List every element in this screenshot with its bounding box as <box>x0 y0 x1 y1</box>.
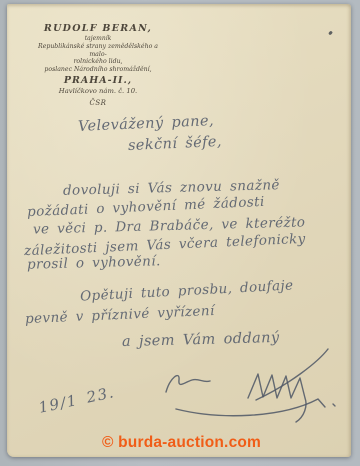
letterhead-org-line1: Republikánské strany zemědělského a malo… <box>29 43 167 58</box>
letterhead-role: tajemník <box>29 35 167 43</box>
photo-backdrop: RUDOLF BERAN, tajemník Republikánské str… <box>0 0 360 466</box>
watermark: © burda-auction.com <box>102 434 261 452</box>
letterhead-city: PRAHA-II., <box>29 74 167 87</box>
ink-speck <box>328 31 333 36</box>
letterhead-name: RUDOLF BERAN, <box>29 23 167 35</box>
letterhead-org-line3: poslanec Národního shromáždění, <box>29 66 167 74</box>
letterhead-org-line2: rolnického lidu, <box>29 58 167 66</box>
signature <box>150 338 356 430</box>
letterhead-address: Havlíčkovo nám. č. 10. <box>29 87 167 96</box>
letterhead-country: ČSR <box>29 99 167 108</box>
letterhead: RUDOLF BERAN, tajemník Republikánské str… <box>29 23 167 108</box>
